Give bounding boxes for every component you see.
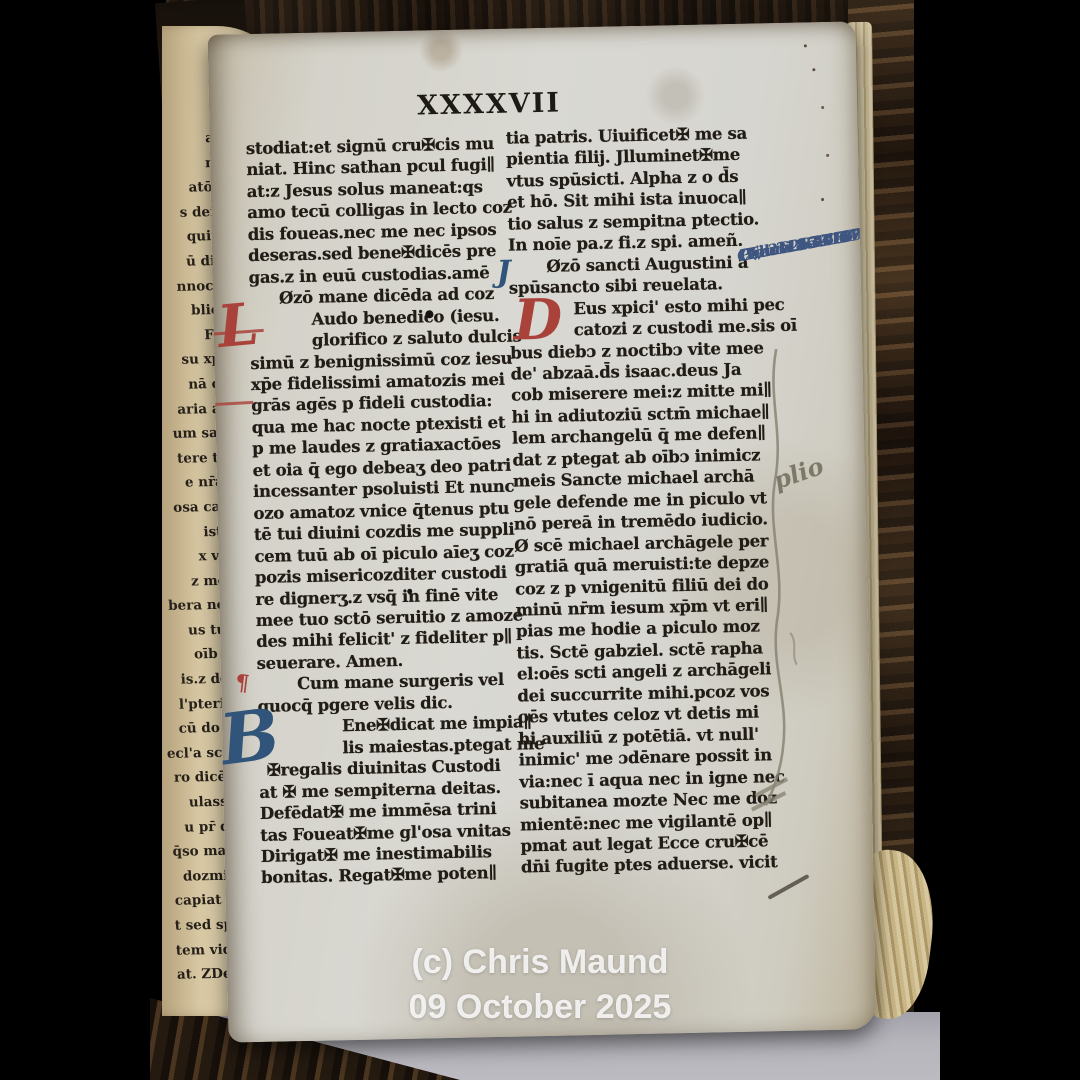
copyright-watermark: (c) Chris Maund 09 October 2025 xyxy=(240,940,840,1030)
watermark-credit: (c) Chris Maund xyxy=(240,940,840,984)
red-ink-stroke xyxy=(208,401,254,408)
wormhole-dot xyxy=(821,198,824,201)
blue-paraph-mark: J xyxy=(496,255,511,290)
wormhole-dot xyxy=(804,44,807,47)
wormhole-dot xyxy=(821,106,824,109)
rubricated-initial-L: L xyxy=(215,295,261,356)
wormhole xyxy=(407,589,412,594)
text-column-left: stodiat:et signū cru✠cis muniat. Hinc sa… xyxy=(246,133,522,889)
text-line: dn̄i fugite ptes aduerse. vicit xyxy=(521,851,789,878)
pencil-squiggle-line xyxy=(732,342,832,824)
right-page: XXXXVII stodiat:et signū cru✠cis muniat.… xyxy=(208,21,877,1042)
photo-old-book-page: atioē dnotandatōz cozps dei eā doquit in… xyxy=(0,0,1080,1080)
rubricated-initial-D: D xyxy=(513,292,563,349)
red-pilcrow-mark: ¶ xyxy=(234,670,251,697)
wormhole-dot xyxy=(812,68,815,71)
watermark-date: 09 October 2025 xyxy=(240,984,840,1030)
black-border-left xyxy=(0,0,166,1080)
illuminated-initial-B: B xyxy=(216,699,283,776)
wormhole-dot xyxy=(826,154,829,157)
text-line: bonitas. Regat✠me poten∥ xyxy=(261,862,521,889)
black-border-right xyxy=(914,0,1080,1080)
page-number: XXXXVII xyxy=(359,86,620,122)
ink-slash-mark xyxy=(767,874,809,900)
